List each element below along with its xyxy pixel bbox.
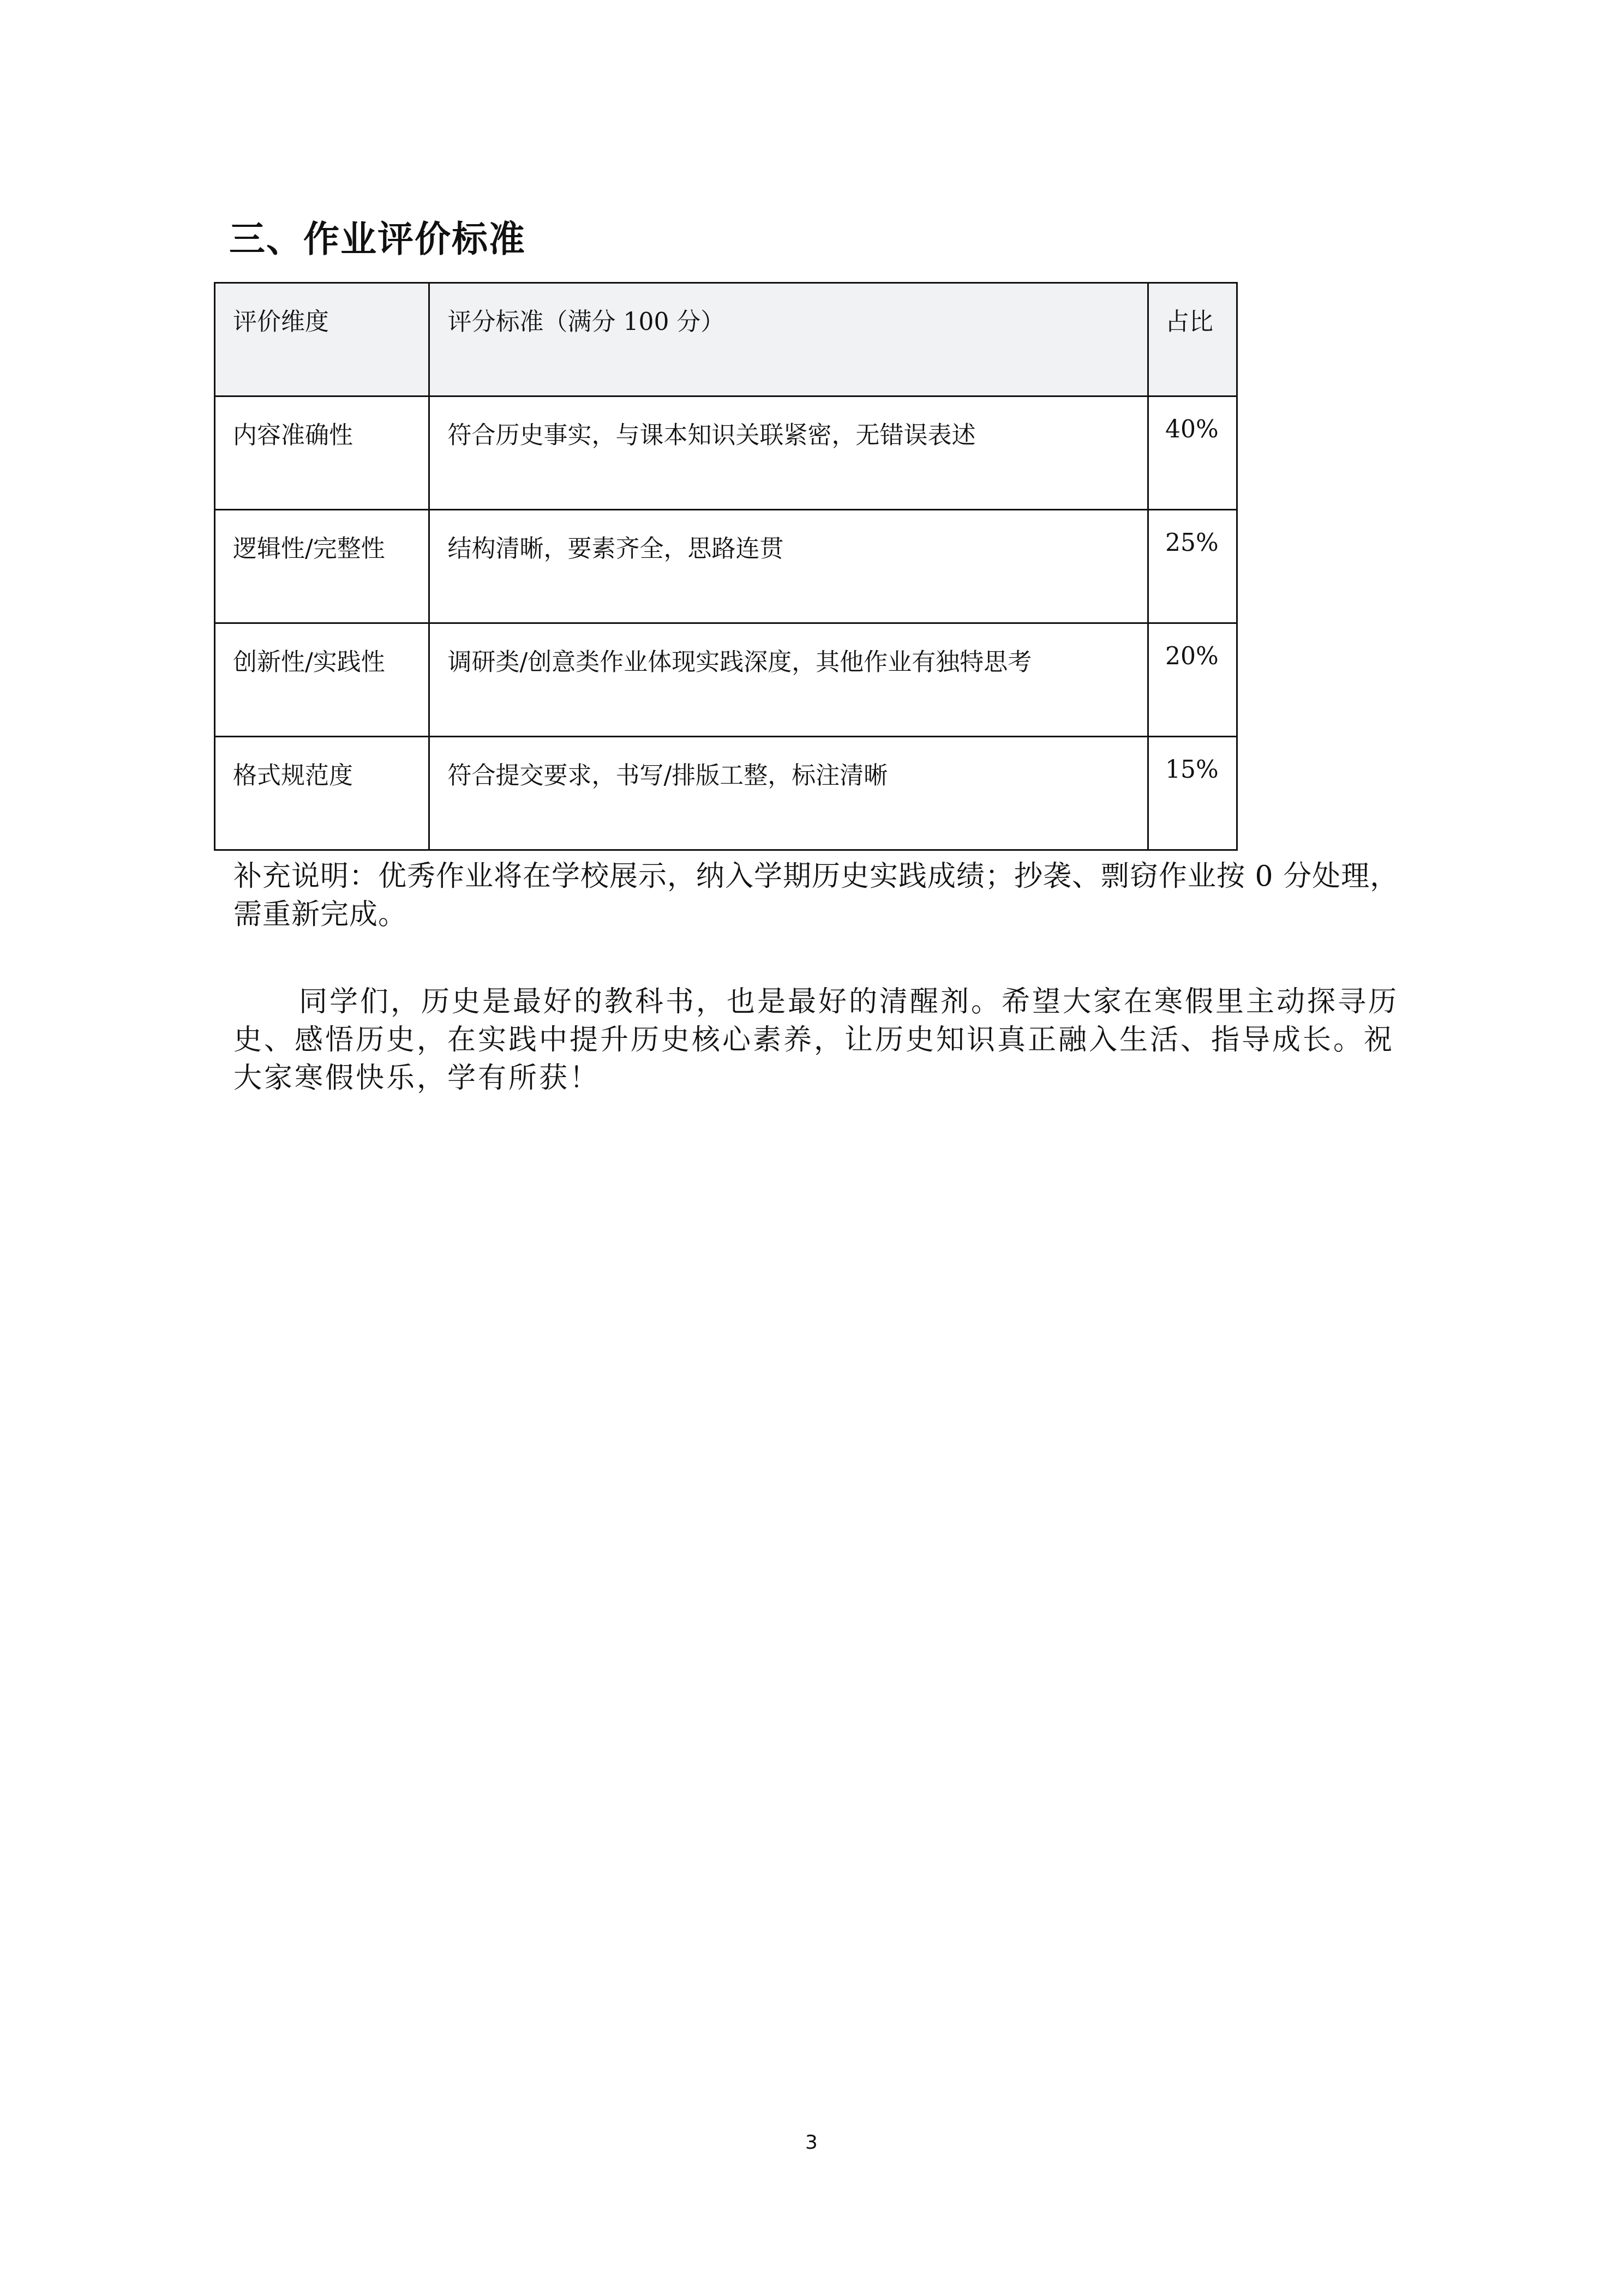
table-row: 格式规范度 符合提交要求，书写/排版工整，标注清晰 15% <box>215 737 1237 850</box>
closing-paragraph: 同学们，历史是最好的教科书，也是最好的清醒剂。希望大家在寒假里主动探寻历史、感悟… <box>233 983 1406 1097</box>
table-row: 逻辑性/完整性 结构清晰，要素齐全，思路连贯 25% <box>215 510 1237 623</box>
row-criteria: 符合提交要求，书写/排版工整，标注清晰 <box>429 737 1148 850</box>
row-weight: 15% <box>1148 737 1237 850</box>
header-criteria: 评分标准（满分 100 分） <box>429 283 1148 396</box>
row-dimension: 格式规范度 <box>215 737 429 850</box>
supplementary-note: 补充说明：优秀作业将在学校展示，纳入学期历史实践成绩；抄袭、剽窃作业按 0 分处… <box>233 857 1406 934</box>
table-header-row: 评价维度 评分标准（满分 100 分） 占比 <box>215 283 1237 396</box>
section-heading: 三、作业评价标准 <box>229 210 526 262</box>
row-weight: 40% <box>1148 396 1237 510</box>
row-criteria: 符合历史事实，与课本知识关联紧密，无错误表述 <box>429 396 1148 510</box>
header-dimension: 评价维度 <box>215 283 429 396</box>
row-weight: 20% <box>1148 623 1237 737</box>
table-row: 内容准确性 符合历史事实，与课本知识关联紧密，无错误表述 40% <box>215 396 1237 510</box>
row-criteria: 结构清晰，要素齐全，思路连贯 <box>429 510 1148 623</box>
row-dimension: 创新性/实践性 <box>215 623 429 737</box>
header-weight: 占比 <box>1148 283 1237 396</box>
table-row: 创新性/实践性 调研类/创意类作业体现实践深度，其他作业有独特思考 20% <box>215 623 1237 737</box>
row-weight: 25% <box>1148 510 1237 623</box>
evaluation-table: 评价维度 评分标准（满分 100 分） 占比 内容准确性 符合历史事实，与课本知… <box>214 282 1238 851</box>
row-criteria: 调研类/创意类作业体现实践深度，其他作业有独特思考 <box>429 623 1148 737</box>
row-dimension: 逻辑性/完整性 <box>215 510 429 623</box>
page-number: 3 <box>805 2131 818 2154</box>
row-dimension: 内容准确性 <box>215 396 429 510</box>
